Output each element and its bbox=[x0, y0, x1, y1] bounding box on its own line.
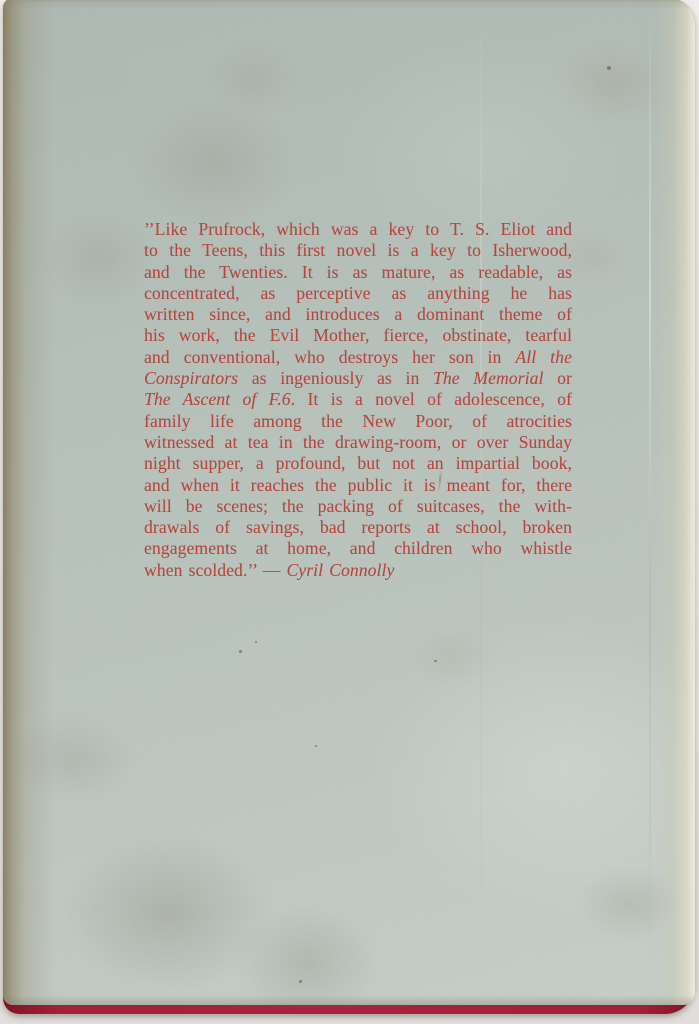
quote-line: engagements at home, and children who wh… bbox=[144, 538, 572, 559]
quote-segment-italic: All the bbox=[515, 347, 572, 367]
quote-segment-italic: Cyril Connolly bbox=[286, 560, 394, 580]
quote-segment-italic: Conspirators bbox=[144, 368, 238, 388]
quote-segment: witnessed at tea in the drawing-room, or… bbox=[144, 432, 572, 452]
quote-segment: ’’Like Prufrock, which was a key to T. S… bbox=[144, 219, 572, 239]
jacket-crease bbox=[649, 0, 651, 1005]
quote-segment: . It is a novel of adolescence, of bbox=[291, 389, 572, 409]
quote-line: The Ascent of F.6. It is a novel of adol… bbox=[144, 389, 572, 410]
quote-line: witnessed at tea in the drawing-room, or… bbox=[144, 432, 572, 453]
quote-line: night supper, a profound, but not an imp… bbox=[144, 453, 572, 474]
jacket-top-edge bbox=[3, 0, 695, 10]
jacket-spine-edge bbox=[3, 0, 55, 1005]
quote-line: ’’Like Prufrock, which was a key to T. S… bbox=[144, 219, 572, 240]
quote-line: and conventional, who destroys her son i… bbox=[144, 347, 572, 368]
foxing-speck bbox=[434, 660, 437, 662]
quote-segment: night supper, a profound, but not an imp… bbox=[144, 453, 572, 473]
quote-segment: family life among the New Poor, of atroc… bbox=[144, 411, 572, 431]
quote-segment-italic: The Memorial bbox=[433, 368, 544, 388]
quote-segment: his work, the Evil Mother, fierce, obsti… bbox=[144, 325, 572, 345]
quote-segment: drawals of savings, bad reports at schoo… bbox=[144, 517, 572, 537]
quote-line: family life among the New Poor, of atroc… bbox=[144, 411, 572, 432]
photo-backdrop: ’’Like Prufrock, which was a key to T. S… bbox=[0, 0, 699, 1024]
quote-segment: concentrated, as perceptive as anything … bbox=[144, 283, 572, 303]
quote-line: and when it reaches the public it is mea… bbox=[144, 475, 572, 496]
quote-segment: to the Teens, this first novel is a key … bbox=[144, 240, 572, 260]
foxing-speck bbox=[315, 745, 317, 747]
quote-segment: written since, and introduces a dominant… bbox=[144, 304, 572, 324]
jacket-bottom-shade bbox=[3, 995, 695, 1005]
book-back-board: ’’Like Prufrock, which was a key to T. S… bbox=[3, 0, 695, 1014]
jacket-fore-edge bbox=[657, 0, 695, 1005]
quote-line: drawals of savings, bad reports at schoo… bbox=[144, 517, 572, 538]
quote-segment: will be scenes; the packing of suitcases… bbox=[144, 496, 572, 516]
foxing-speck bbox=[239, 650, 242, 653]
quote-segment: and the Twenties. It is as mature, as re… bbox=[144, 262, 572, 282]
quote-segment: when scolded.’’ — bbox=[144, 560, 286, 580]
blurb-quote: ’’Like Prufrock, which was a key to T. S… bbox=[144, 219, 572, 581]
foxing-speck bbox=[255, 641, 257, 643]
foxing-speck bbox=[299, 980, 302, 983]
quote-segment: or bbox=[544, 368, 572, 388]
quote-line: will be scenes; the packing of suitcases… bbox=[144, 496, 572, 517]
quote-segment: engagements at home, and children who wh… bbox=[144, 538, 572, 558]
foxing-speck bbox=[607, 66, 611, 70]
dust-jacket: ’’Like Prufrock, which was a key to T. S… bbox=[3, 0, 695, 1005]
quote-line: and the Twenties. It is as mature, as re… bbox=[144, 262, 572, 283]
quote-segment: and when it reaches the public it is mea… bbox=[144, 475, 572, 495]
quote-line: when scolded.’’ — Cyril Connolly bbox=[144, 560, 572, 581]
quote-line: Conspirators as ingeniously as in The Me… bbox=[144, 368, 572, 389]
quote-line: to the Teens, this first novel is a key … bbox=[144, 240, 572, 261]
quote-line: written since, and introduces a dominant… bbox=[144, 304, 572, 325]
quote-segment-italic: The Ascent of F.6 bbox=[144, 389, 291, 409]
quote-line: his work, the Evil Mother, fierce, obsti… bbox=[144, 325, 572, 346]
quote-line: concentrated, as perceptive as anything … bbox=[144, 283, 572, 304]
quote-segment: and conventional, who destroys her son i… bbox=[144, 347, 515, 367]
quote-segment: as ingeniously as in bbox=[238, 368, 433, 388]
